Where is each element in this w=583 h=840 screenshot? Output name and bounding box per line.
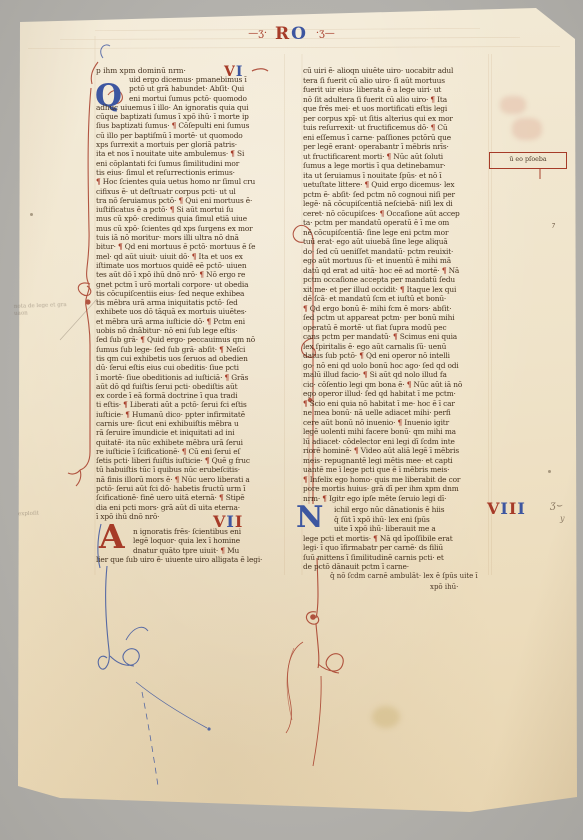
title-right-flourish: ·ʒ— <box>316 28 335 39</box>
text-line: tes aūt dō ī xpō ihū dnō nrō· ¶ Nō ergo … <box>96 270 288 279</box>
text-line: lū adiacet· cōdelector eni legi dī ſcdm … <box>303 437 495 447</box>
text-line: per legē erant· operabantr ī mēbris nrīs… <box>303 142 495 152</box>
text-line: ſumus a lege mortis ī qua detinebamur· <box>303 161 495 171</box>
text-line: do· ſed cū ueniſſet mandatū· pctm reuixi… <box>303 247 495 257</box>
text-line: uite ī xpō ihū· liberauit me a <box>303 524 495 534</box>
text-line: fuerit uir eius· liberata ē a lege uiri·… <box>303 85 495 95</box>
text-line: ſed ſub grā· ¶ Quid ergo· peccauimus qm … <box>96 335 288 344</box>
text-line: quitatē· ita nūc exhibete mēbra urā ſeru… <box>96 438 288 447</box>
text-line: ſed pctm ut appareat pctm· per bonū mihi <box>303 313 495 323</box>
text-line: malū illud facio· ¶ Si aūt qd nolo illud… <box>303 370 495 380</box>
text-line: legē loquor· quia lex ī homine <box>96 536 288 545</box>
text-line: nrm· ¶ Igitr ego ipſe mēte ſeruio legi d… <box>303 494 495 504</box>
text-line: ego operor illud· ſed qd habitat ī me pc… <box>303 389 495 399</box>
text-line: adhuc uiuemus ī illo· An ignoratis quia … <box>96 103 288 112</box>
text-line: dē ſcā· et mandatū ſcm et iuſtū et bonū· <box>303 294 495 304</box>
text-line: ī mortē· ſiue obeditionis ad iuſticiā· ¶… <box>96 373 288 382</box>
text-line: dnatur quāto tpre uiuit· ¶ Mu <box>96 546 288 555</box>
running-title: —ʒ· RO ·ʒ— <box>0 26 583 43</box>
text-line: ti eſtis· ¶ Liberati aūt a pctō· ſerui f… <box>96 400 288 409</box>
text-line: bitur· ¶ Qd eni mortuus ē pctō· mortuus … <box>96 242 288 251</box>
text-line: uobis nō dnābitur· nō eni ſub lege eſtis… <box>96 326 288 335</box>
text-line: aūt dō qd fuiſtis ſerui pcti· obediſtis … <box>96 382 288 391</box>
text-line: rā ſeruire īmundicie et iniquitati ad in… <box>96 428 288 437</box>
body-text-column-left-ch6: uid ergo dicemus· pmanebimus īpctō ut gr… <box>96 75 288 521</box>
text-line: exhibete uos dō tāquā ex mortuis uiuētes… <box>96 307 288 316</box>
text-line: pctm occaſione accepta per mandatū ſedu <box>303 275 495 285</box>
margin-squiggle-y: y <box>560 514 565 523</box>
addendum-line: xpō ihū· <box>330 582 478 593</box>
omission-addendum-note: q̄ nō ſcdm carnē ambulāt· lex ē ſpūs uit… <box>330 571 478 593</box>
text-line: re iuſticie ī ſcificationē· ¶ Cū eni ſer… <box>96 447 288 456</box>
text-line: tis eius· ſimul et reſurrectionis erimus… <box>96 168 288 177</box>
text-line: ¶ Infelix ego homo· quis me liberabit de… <box>303 475 495 485</box>
text-line: legi· ī quo īfirmabatr per carnē· ds fil… <box>303 543 495 553</box>
text-line: et mēbra urā arma iuſticie dō· ¶ Pctm en… <box>96 317 288 326</box>
text-line: mel· qd aūt uiuit· uiuit dō· ¶ Ita et uo… <box>96 252 288 261</box>
text-line: ego aūt mortuus ſū· et inuentū ē mihi mā <box>303 256 495 266</box>
text-line: legē uolenti mihi facere bonū· qm mihi m… <box>303 427 495 437</box>
boxed-correction-note: ū eo pſoeba <box>489 152 567 169</box>
text-line: ſumus ſub lege· ſed ſub grā· abſit· ¶ Ne… <box>96 345 288 354</box>
text-line: lege pcti et mortis· ¶ Nā qd īpoſſibile … <box>303 534 495 544</box>
text-line: tra nō ſeruiamus pctō· ¶ Qui eni mortuus… <box>96 196 288 205</box>
text-line: ita ut ſeruiamus ī nouitate ſpūs· et nō … <box>303 171 495 181</box>
numeral-letter: I <box>500 501 508 517</box>
text-line: ¶ Hoc ſcientes quia uetus homo nr ſimul … <box>96 177 288 186</box>
text-line: xit me· et per illud occidit· ¶ Itaque l… <box>303 285 495 295</box>
text-line: ita et nos ī nouitate uite ambulemus· ¶ … <box>96 149 288 158</box>
text-line: cere aūt bonū nō inuenio· ¶ Inuenio igit… <box>303 418 495 428</box>
text-line: iuſtificatus ē a pctō· ¶ Si aūt mortui ſ… <box>96 205 288 214</box>
text-line: tuū erat· ego aūt uiuebā ſine lege aliqu… <box>303 237 495 247</box>
text-line: eni cōplantati fci ſumus ſimilitudini mo… <box>96 159 288 168</box>
text-line: per corpus xpī· ut ſitis alterius qui ex… <box>303 114 495 124</box>
text-line: cūque baptizati ſumus ī xpō ihū· ī morte… <box>96 112 288 121</box>
text-line: ¶ Scio eni quia nō habitat ī me· hoc ē ī… <box>303 399 495 409</box>
text-line: dū· ſerui eſtis eius cui obeditis· ſiue … <box>96 363 288 372</box>
text-line: n ignoratis frēs· ſcientibus eni <box>96 527 288 536</box>
text-line: cifixus ē· ut deſtruatr corpus pcti· ut … <box>96 187 288 196</box>
ink-bleedthrough <box>512 118 542 140</box>
text-line: q̄ ſūt ī xpō ihū· lex eni ſpūs <box>303 515 495 525</box>
text-line: ſcificationē· finē uero uitā eternā· ¶ S… <box>96 493 288 502</box>
text-line: cans pctm per mandatū· ¶ Scimus eni quia <box>303 332 495 342</box>
text-line: mus cū xpō· credimus quia ſimul etiā uiu… <box>96 214 288 223</box>
text-line: pctō ut grā habundet· Abſit· Qui <box>96 84 288 93</box>
text-line: iſtimate uos mortuos quidē eē pctō· uiue… <box>96 261 288 270</box>
text-line: dia eni pcti mors· grā aūt dī uita etern… <box>96 503 288 512</box>
text-line: ſuū mittens ī ſimilitudinē carnis pcti· … <box>303 553 495 563</box>
text-line: pore mortis huius· grā dī per ihm xpm dn… <box>303 484 495 494</box>
manuscript-photo: —ʒ· RO ·ʒ— p ihm xpm dominū nrm· VI Q ui… <box>0 0 583 840</box>
margin-squiggle: ʒ⌣ <box>550 500 562 511</box>
text-line: gnet pctm ī urō mortali corpore· ut obed… <box>96 280 288 289</box>
text-line: pctō· ſerui aūt fci dō· habetis fructū u… <box>96 484 288 493</box>
text-line: tuis iā nō moritur· mors illi ultra nō d… <box>96 233 288 242</box>
text-line: lier que ſub uiro ē· uiuente uiro alliga… <box>96 555 288 564</box>
text-line: eni mortui ſumus pctō· quomodo <box>96 94 288 103</box>
text-line: tū habuiſtis tūc ī quibus nūc erubeſciti… <box>96 465 288 474</box>
running-title-letters: RO <box>275 24 308 44</box>
numeral-letter: I <box>517 501 525 517</box>
text-line: tis mēbra urā arma iniquitatis pctō· ſed <box>96 298 288 307</box>
faint-margin-note-lower: exploſit <box>18 511 39 519</box>
body-text-column-right-ch8: ichil ergo nūc dānationis ē hiisq̄ ſūt ī… <box>303 505 495 572</box>
text-line: eni eſſemus ī carne· paſſiones pctōrū qu… <box>303 133 495 143</box>
text-line: ceret· nō cōcupiſces· ¶ Occaſione aūt ac… <box>303 209 495 219</box>
text-line: carnis ure· ſicut eni exhibuiſtis mēbra … <box>96 419 288 428</box>
text-line: nā finis illorū mors ē· ¶ Nūc uero liber… <box>96 475 288 484</box>
text-line: operatū ē mortē· ut fiat ſupra modū pec <box>303 323 495 333</box>
text-line: uetuſtate littere· ¶ Quid ergo dicemus· … <box>303 180 495 190</box>
manuscript-leaf <box>0 0 583 840</box>
speck <box>548 470 551 473</box>
text-line: uid ergo dicemus· pmanebimus ī <box>96 75 288 84</box>
text-line: datū qd erat ad uitā· hoc eē ad mortē· ¶… <box>303 266 495 276</box>
numeral-letter: I <box>509 501 517 517</box>
text-line: nē cōcupiſcentiā· ſine lege eni pctm mor <box>303 228 495 238</box>
addendum-line: q̄ nō ſcdm carnē ambulāt· lex ē ſpūs uit… <box>330 571 478 582</box>
text-line: ichil ergo nūc dānationis ē hiis <box>303 505 495 515</box>
text-line: iuſticie· ¶ Humanū dico· ppter infirmita… <box>96 410 288 419</box>
text-line: ta· pctm per mandatū operatū ē ī me om <box>303 218 495 228</box>
text-line: que frēs mei· et uos mortificati eſtis l… <box>303 104 495 114</box>
text-line: datus ſub pctō· ¶ Qd eni operor nō intel… <box>303 351 495 361</box>
body-text-column-left-ch7: n ignoratis frēs· ſcientibus enilegē loq… <box>96 527 288 564</box>
text-line: ut fructificarent morti· ¶ Nūc aūt ſolut… <box>303 152 495 162</box>
speck <box>30 213 33 216</box>
text-line: lex ſpiritalis ē· ego aūt carnalis ſū· u… <box>303 342 495 352</box>
left-column-opening-line: p ihm xpm dominū nrm· <box>96 66 186 75</box>
text-line: meis· repugnantē legi mētis mee· et capt… <box>303 456 495 466</box>
text-line: xps ſurrexit a mortuis per gloriā patris… <box>96 140 288 149</box>
text-line: riorē hominē· ¶ Video aūt aliā legē ī mē… <box>303 446 495 456</box>
title-left-flourish: —ʒ· <box>248 28 267 39</box>
numeral-letter: R <box>275 24 291 44</box>
text-line: tis qm cui exhibetis uos ſeruos ad obedi… <box>96 354 288 363</box>
text-line: ex corde ī eā formā doctrine ī qua tradi <box>96 391 288 400</box>
text-line: tuis reſurrexit· ut fructificemus dō· ¶ … <box>303 123 495 133</box>
text-line: ¶ Qd ergo bonū ē· mihi fcm ē mors· abſit… <box>303 304 495 314</box>
text-line: ſius baptizati ſumus· ¶ Cōſepulti eni ſu… <box>96 121 288 130</box>
text-line: cū illo per baptiſmū ī mortē· ut quomodo <box>96 131 288 140</box>
text-line: mus cū xpō· ſcientes qd xps ſurgens ex m… <box>96 224 288 233</box>
text-line: ne mea bonū· nā uelle adiacet mihi· perf… <box>303 408 495 418</box>
margin-squiggle-mid: ⁊ <box>551 221 554 229</box>
text-line: pctm ē· abſit· ſed pctm nō cognoui niſi … <box>303 190 495 200</box>
parchment-stain <box>372 706 400 728</box>
text-line: nō ſit adultera ſi fuerit cū alio uiro· … <box>303 95 495 105</box>
text-line: cio· cōſentio legi qm bona ē· ¶ Nūc aūt … <box>303 380 495 390</box>
text-line: go· nō eni qd uolo bonū hoc ago· ſed qd … <box>303 361 495 371</box>
text-line: legē· nā cōcupiſcentiā neſciebā· niſi le… <box>303 199 495 209</box>
faint-margin-note-upper: nota de lege et gra uaon <box>14 302 67 318</box>
text-line: ſetis pcti· liberi fuiſtis iuſticie· ¶ Q… <box>96 456 288 465</box>
ink-bleedthrough <box>500 96 526 114</box>
text-line: cū uiri ē· alioqn uiuēte uiro· uocabitr … <box>303 66 495 76</box>
text-line: tera ſi fuerit cū alio uiro· ſi aūt mort… <box>303 76 495 86</box>
body-text-column-right-ch7: cū uiri ē· alioqn uiuēte uiro· uocabitr … <box>303 66 495 503</box>
text-line: tis cōcupiſcentiis eius· ſed neque exhib… <box>96 289 288 298</box>
numeral-letter: O <box>291 24 308 44</box>
text-line: uantē me ī lege pcti que ē ī mēbris meis… <box>303 465 495 475</box>
